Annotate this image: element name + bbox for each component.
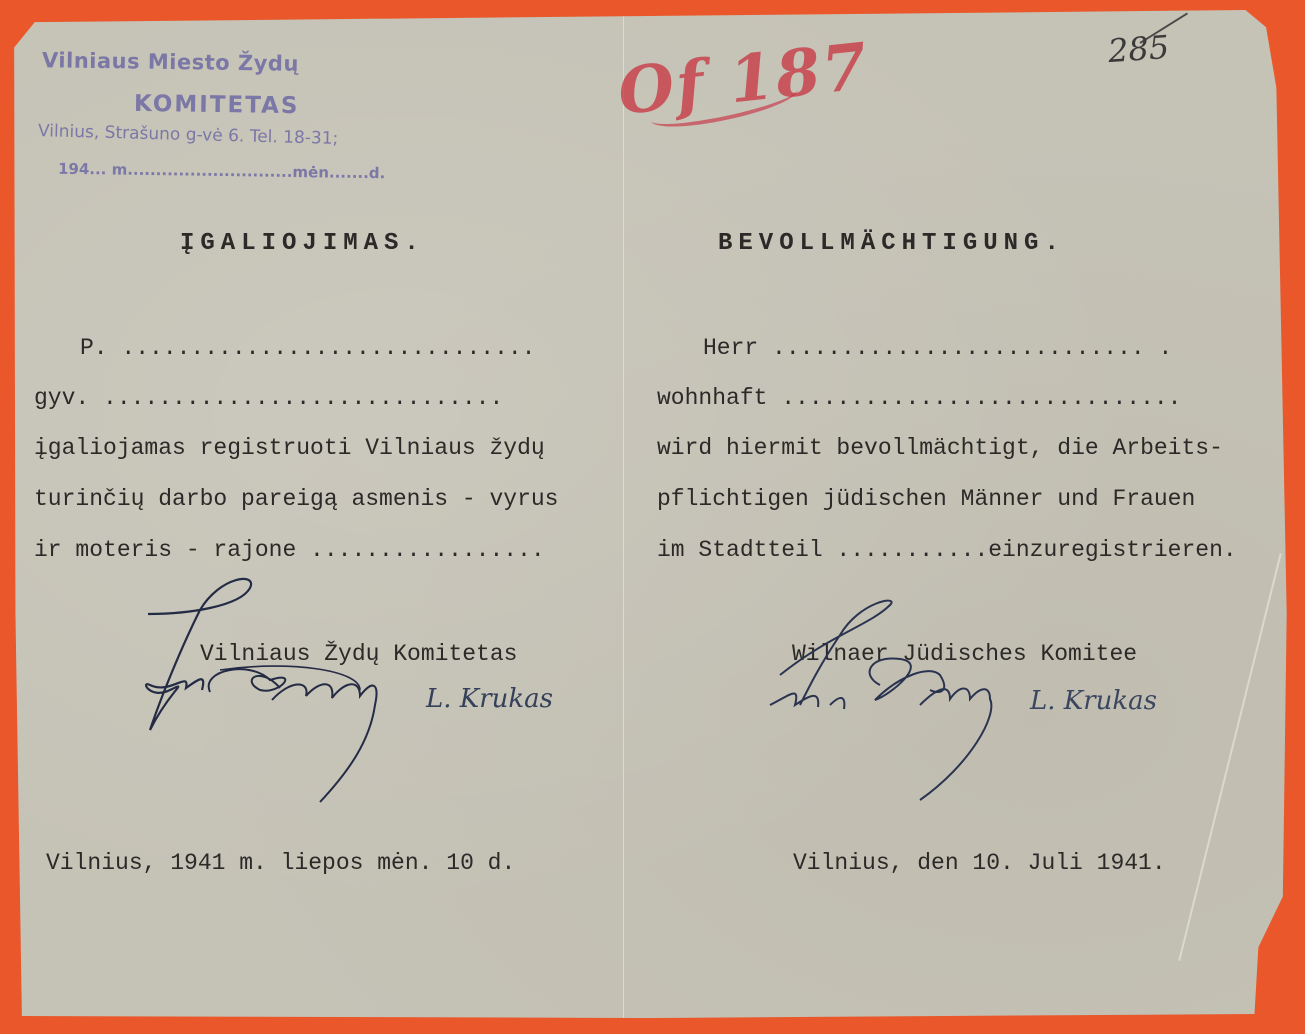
left-line-body-1: įgaliojamas registruoti Vilniaus žydų	[34, 437, 545, 460]
right-signature-scribble	[770, 595, 1030, 805]
stamp-organization-name: Vilniaus Miesto Žydų	[42, 48, 299, 76]
left-signature-krukas: L. Krukas	[426, 684, 553, 714]
left-line-residence: gyv. .............................	[34, 387, 503, 410]
left-line-body-2: turinčių darbo pareigą asmenis - vyrus	[34, 488, 559, 511]
paper-crease	[1178, 553, 1282, 961]
pencil-page-number: 285	[1107, 28, 1171, 70]
right-title: BEVOLLMÄCHTIGUNG.	[718, 232, 1065, 256]
right-signature-krukas: L. Krukas	[1030, 686, 1157, 716]
left-signature-scribble	[110, 570, 430, 810]
right-line-body-2: pflichtigen jüdischen Männer und Frauen	[657, 488, 1195, 511]
right-line-body-3: im Stadtteil ...........einzuregistriere…	[657, 539, 1237, 562]
left-place-date: Vilnius, 1941 m. liepos mėn. 10 d.	[46, 852, 515, 875]
document-frame: Vilniaus Miesto Žydų KOMITETAS Vilnius, …	[0, 0, 1305, 1034]
left-title: ĮGALIOJIMAS.	[180, 232, 425, 256]
stamp-committee: KOMITETAS	[134, 91, 300, 119]
right-line-body-1: wird hiermit bevollmächtigt, die Arbeits…	[657, 437, 1223, 460]
left-line-name: P. ..............................	[80, 337, 535, 360]
right-place-date: Vilnius, den 10. Juli 1941.	[793, 852, 1166, 875]
left-line-body-3: ir moteris - rajone .................	[34, 539, 545, 562]
paper-crease	[623, 7, 624, 1018]
right-line-residence: wohnhaft .............................	[657, 387, 1182, 410]
right-line-name: Herr ........................... .	[703, 337, 1172, 360]
